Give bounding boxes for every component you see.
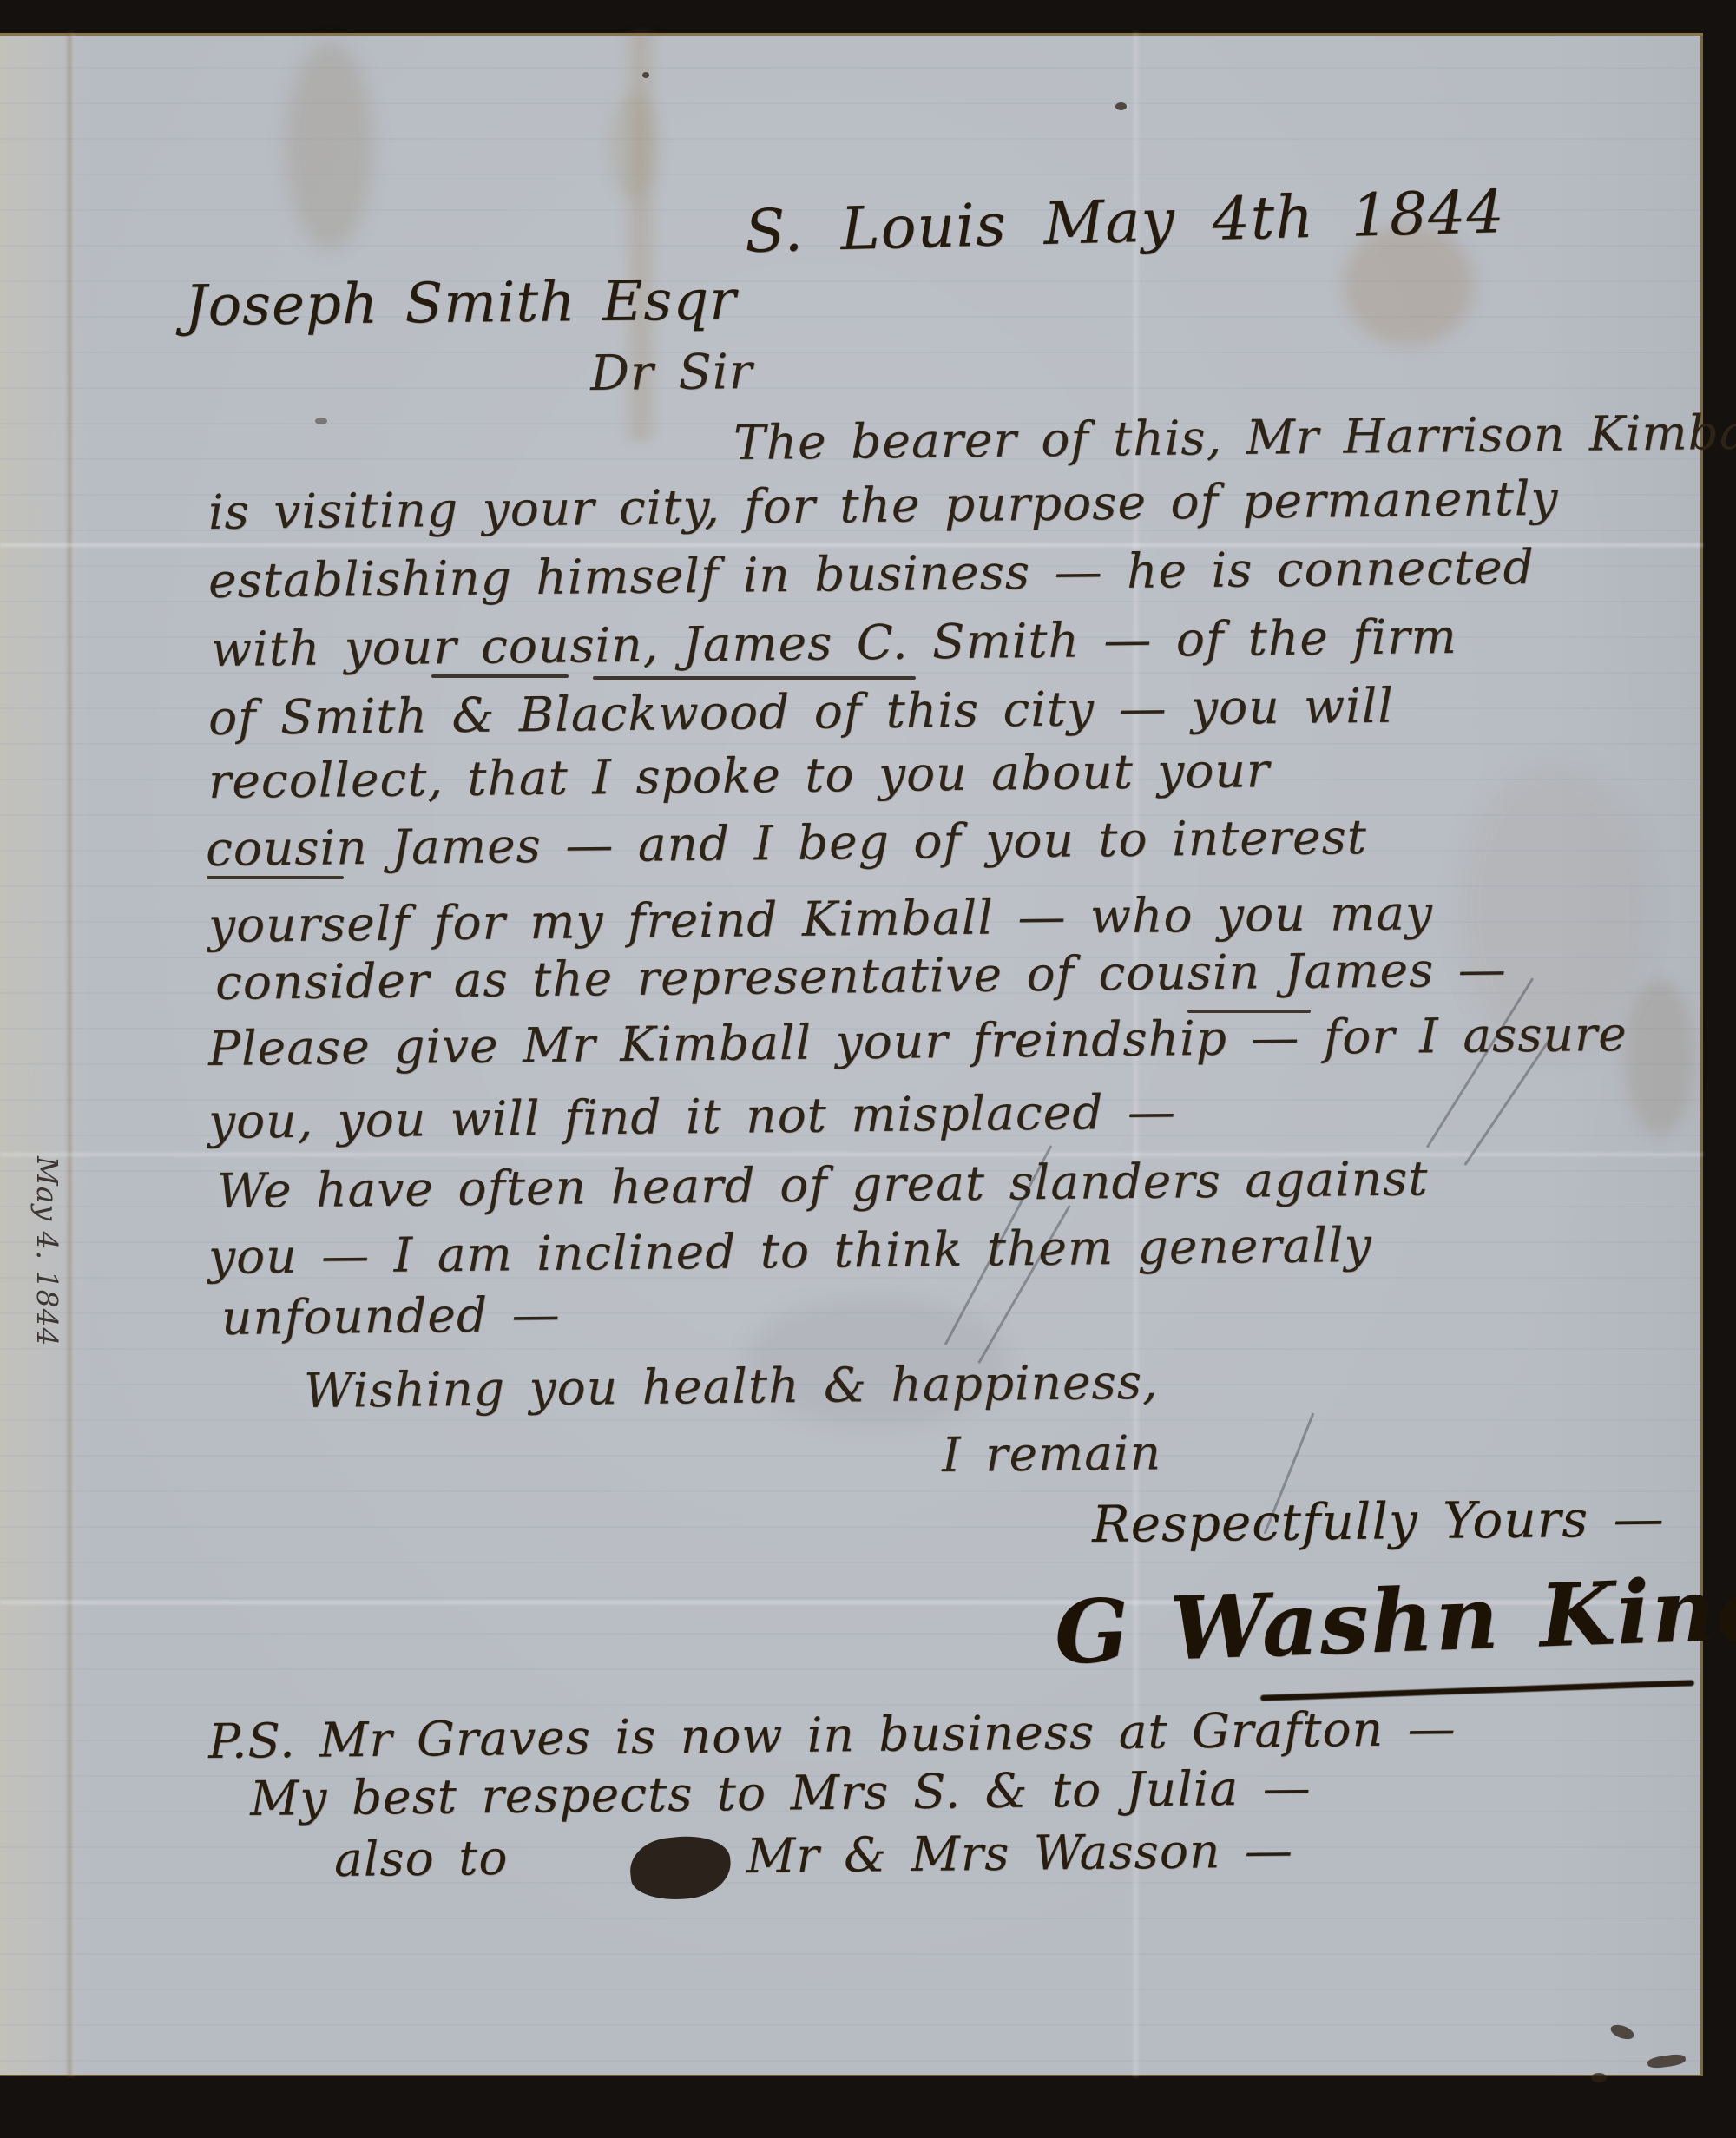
recipient-line: Joseph Smith Esqr (185, 268, 738, 339)
closing-line: I remain (942, 1424, 1162, 1483)
closing-line: Respectfully Yours — (1092, 1489, 1665, 1554)
ink-speck (642, 72, 649, 78)
underline-mark (1187, 1010, 1311, 1013)
underline-mark (593, 676, 916, 680)
postscript-line: also to (334, 1830, 509, 1887)
salutation-line: Dr Sir (590, 344, 753, 402)
ink-speck (1115, 102, 1127, 110)
postscript-line: My best respects to Mrs S. & to Julia — (250, 1760, 1312, 1826)
underline-mark (431, 674, 569, 678)
closing-line: Wishing you health & happiness, (304, 1354, 1159, 1418)
scan-background: { "letter": { "dateline": "S. Louis May … (0, 0, 1736, 2138)
body-line: you, you will find it not misplaced — (208, 1083, 1177, 1149)
body-line: unfounded — (221, 1286, 561, 1345)
underline-mark (207, 876, 344, 879)
margin-date-note: May 4. 1844 (30, 1156, 64, 1347)
ink-speck (1591, 2073, 1607, 2082)
ink-speck (315, 418, 327, 424)
body-line: The bearer of this, Mr Harrison Kimball, (733, 404, 1736, 470)
postscript-line: Mr & Mrs Wasson — (746, 1822, 1293, 1884)
body-line: recollect, that I spoke to you about you… (208, 742, 1271, 809)
